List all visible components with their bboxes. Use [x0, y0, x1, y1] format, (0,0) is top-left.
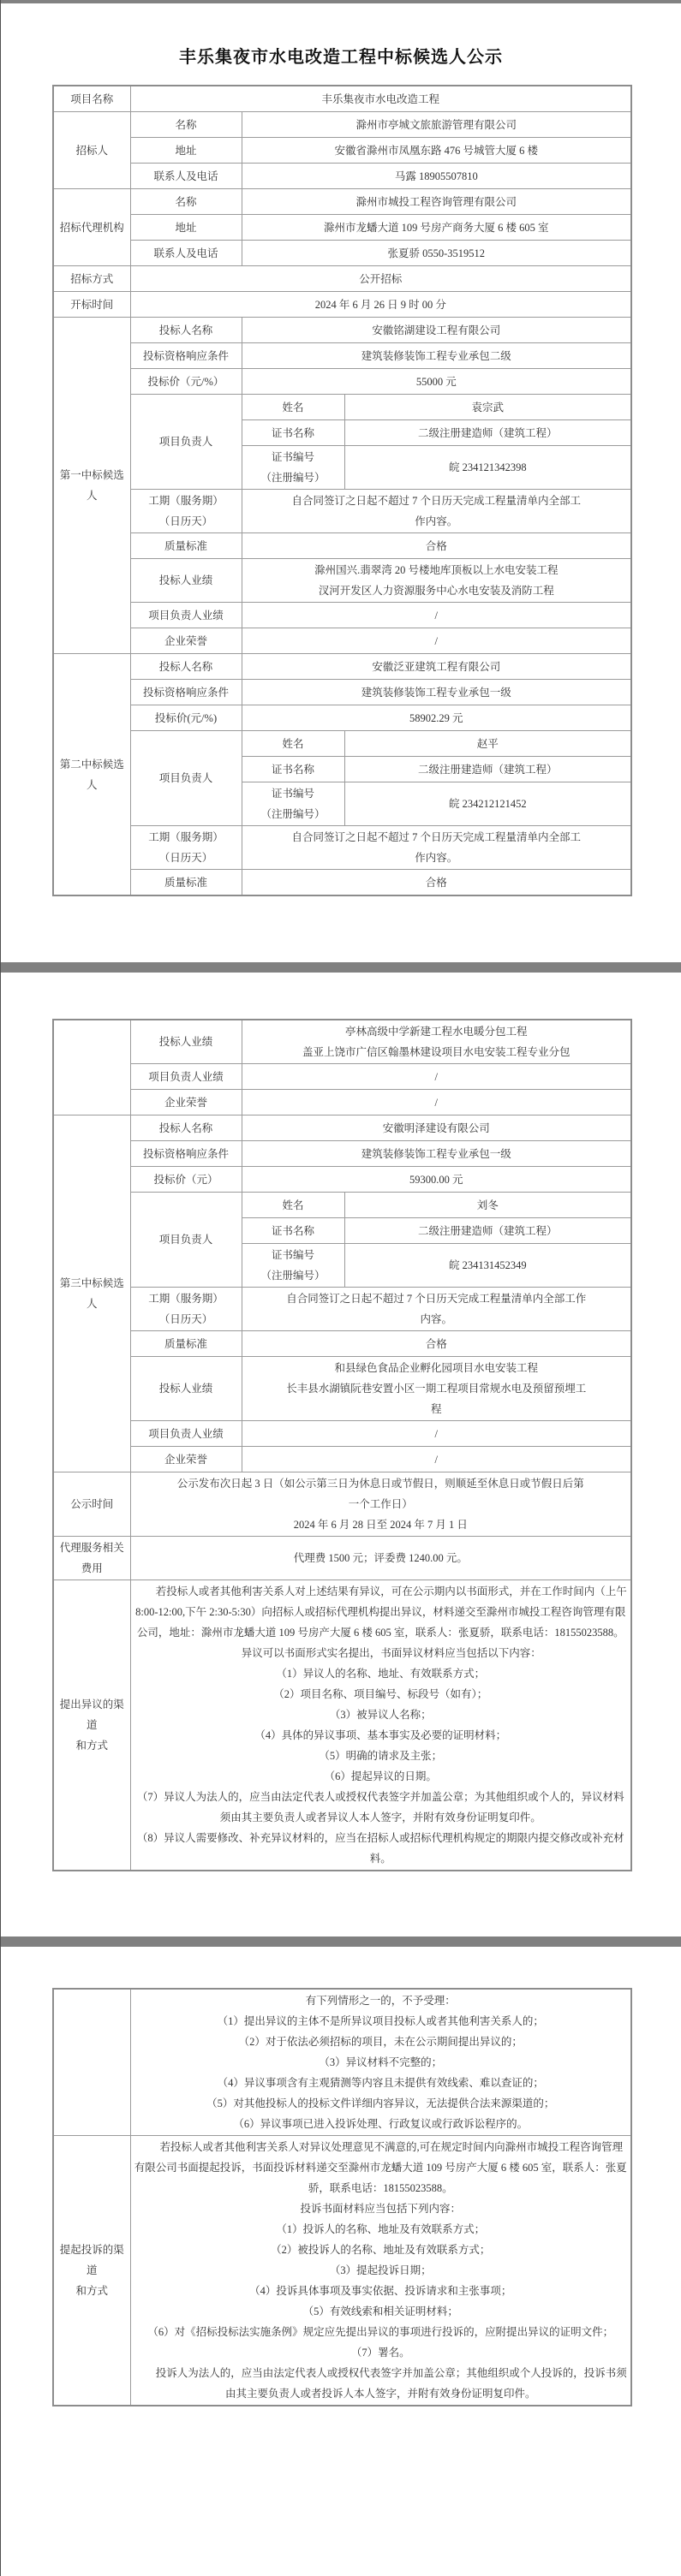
tenderer-name-label: 名称 — [130, 112, 242, 138]
table-row: 投标资格响应条件 建筑装修装饰工程专业承包一级 — [53, 680, 631, 705]
cand2-bidder-value: 安徽泛亚建筑工程有限公司 — [242, 654, 631, 680]
table-row: 项目负责人业绩 / — [53, 1421, 631, 1447]
cand2-perf-label: 投标人业绩 — [130, 1020, 242, 1064]
tenderer-contact-label: 联系人及电话 — [130, 164, 242, 189]
table-row: 开标时间 2024 年 6 月 26 日 9 时 00 分 — [53, 292, 631, 318]
table-row: 工期（服务期） （日历天） 自合同签订之日起不超过 7 个日历天完成工程量清单内… — [53, 1288, 631, 1331]
cand2-label: 第二中标候选人 — [53, 654, 130, 896]
cand3-price-value: 59300.00 元 — [242, 1167, 631, 1193]
table-row: 质量标准 合格 — [53, 533, 631, 559]
cand2-honor-value: / — [242, 1090, 631, 1115]
cand3-label: 第三中标候选人 — [53, 1115, 130, 1472]
table-row: 项目负责人 姓名 刘冬 — [53, 1193, 631, 1218]
table-row: 投标价(元/%) 58902.29 元 — [53, 705, 631, 731]
cand1-qualification-value: 建筑装修装饰工程专业承包二级 — [242, 343, 631, 369]
table-row: 招标人 名称 滁州市亭城文旅旅游管理有限公司 — [53, 112, 631, 138]
objection-continued-label — [53, 1989, 130, 2136]
tenderer-label: 招标人 — [53, 112, 130, 189]
cand3-duration-label: 工期（服务期） （日历天） — [130, 1288, 242, 1331]
cand1-pm-name-value: 袁宗武 — [344, 395, 631, 420]
open-time-label: 开标时间 — [53, 292, 130, 318]
table-row: 投标资格响应条件 建筑装修装饰工程专业承包一级 — [53, 1141, 631, 1167]
table-row: 投标价（元/%） 55000 元 — [53, 369, 631, 395]
cand1-bidder-value: 安徽铭湖建设工程有限公司 — [242, 318, 631, 343]
cand1-label: 第一中标候选人 — [53, 318, 130, 654]
cand2-cert-name-value: 二级注册建造师（建筑工程） — [344, 757, 631, 782]
cand3-pm-perf-label: 项目负责人业绩 — [130, 1421, 242, 1447]
cand3-cert-no-label: 证书编号 （注册编号） — [242, 1244, 344, 1288]
page-1: 丰乐集夜市水电改造工程中标候选人公示 项目名称 丰乐集夜市水电改造工程 招标人 … — [1, 0, 681, 962]
cand1-cert-no-value: 皖 234121342398 — [344, 446, 631, 490]
cand1-cert-name-value: 二级注册建造师（建筑工程） — [344, 420, 631, 446]
page-separator — [1, 1936, 681, 1947]
table-row: 有下列情形之一的，不予受理： （1）提出异议的主体不是所异议项目投标人或者其他利… — [53, 1989, 631, 2136]
cand3-cert-no-value: 皖 234131452349 — [344, 1244, 631, 1288]
cand2-cert-no-label: 证书编号 （注册编号） — [242, 782, 344, 826]
cand2-pm-name-value: 赵平 — [344, 731, 631, 757]
table-row: 提出异议的渠道 和方式 若投标人或者其他利害关系人对上述结果有异议，可在公示期内… — [53, 1580, 631, 1871]
cand1-price-label: 投标价（元/%） — [130, 369, 242, 395]
cand2-pm-name-label: 姓名 — [242, 731, 344, 757]
agency-name-label: 名称 — [130, 189, 242, 215]
page-3: 有下列情形之一的，不予受理： （1）提出异议的主体不是所异议项目投标人或者其他利… — [1, 1947, 681, 2576]
cand1-pm-perf-value: / — [242, 603, 631, 628]
table-row: 公示时间 公示发布次日起 3 日（如公示第三日为休息日或节假日，则顺延至休息日或… — [53, 1472, 631, 1537]
cand1-qualification-label: 投标资格响应条件 — [130, 343, 242, 369]
cand3-qualification-label: 投标资格响应条件 — [130, 1141, 242, 1167]
objection-rejection-text: 有下列情形之一的，不予受理： （1）提出异议的主体不是所异议项目投标人或者其他利… — [130, 1989, 631, 2136]
cand2-price-value: 58902.29 元 — [242, 705, 631, 731]
agency-name-value: 滁州市城投工程咨询管理有限公司 — [242, 189, 631, 215]
table-row: 企业荣誉 / — [53, 1447, 631, 1472]
cand2-pm-perf-label: 项目负责人业绩 — [130, 1064, 242, 1090]
cand3-pm-name-label: 姓名 — [242, 1193, 344, 1218]
table-row: 招标方式 公开招标 — [53, 266, 631, 292]
announcement-table-page2: 投标人业绩 亭林高级中学新建工程水电暖分包工程 盖亚上饶市广信区翰墨林建设项目水… — [52, 1019, 632, 1871]
table-row: 第二中标候选人 投标人名称 安徽泛亚建筑工程有限公司 — [53, 654, 631, 680]
agency-fee-value: 代理费 1500 元；评委费 1240.00 元。 — [130, 1537, 631, 1580]
cand1-pm-label: 项目负责人 — [130, 395, 242, 490]
table-row: 项目负责人 姓名 袁宗武 — [53, 395, 631, 420]
cand3-pm-label: 项目负责人 — [130, 1193, 242, 1288]
cand3-honor-value: / — [242, 1447, 631, 1472]
cand3-cert-name-label: 证书名称 — [242, 1218, 344, 1244]
cand2-pm-label: 项目负责人 — [130, 731, 242, 826]
cand1-price-value: 55000 元 — [242, 369, 631, 395]
tenderer-name-value: 滁州市亭城文旅旅游管理有限公司 — [242, 112, 631, 138]
cand2-price-label: 投标价(元/%) — [130, 705, 242, 731]
table-row: 工期（服务期） （日历天） 自合同签订之日起不超过 7 个日历天完成工程量清单内… — [53, 490, 631, 533]
table-row: 企业荣誉 / — [53, 1090, 631, 1115]
table-row: 企业荣誉 / — [53, 628, 631, 654]
cand3-price-label: 投标价（元） — [130, 1167, 242, 1193]
table-row: 项目负责人 姓名 赵平 — [53, 731, 631, 757]
publicity-time-value: 公示发布次日起 3 日（如公示第三日为休息日或节假日，则顺延至休息日或节假日后第… — [130, 1472, 631, 1537]
cand2-qualification-value: 建筑装修装饰工程专业承包一级 — [242, 680, 631, 705]
agency-address-value: 滁州市龙蟠大道 109 号房产商务大厦 6 楼 605 室 — [242, 215, 631, 241]
document-viewer: 丰乐集夜市水电改造工程中标候选人公示 项目名称 丰乐集夜市水电改造工程 招标人 … — [0, 0, 681, 2576]
table-row: 地址 安徽省滁州市凤凰东路 476 号城管大厦 6 楼 — [53, 138, 631, 164]
table-row: 投标人业绩 滁州国兴.翡翠湾 20 号楼地库顶板以上水电安装工程 汊河开发区人力… — [53, 559, 631, 603]
table-row: 联系人及电话 马露 18905507810 — [53, 164, 631, 189]
agency-address-label: 地址 — [130, 215, 242, 241]
cand2-perf-value: 亭林高级中学新建工程水电暖分包工程 盖亚上饶市广信区翰墨林建设项目水电安装工程专… — [242, 1020, 631, 1064]
cand2-pm-perf-value: / — [242, 1064, 631, 1090]
table-row: 联系人及电话 张夏骄 0550-3519512 — [53, 241, 631, 266]
cand2-continued-label — [53, 1020, 130, 1115]
table-row: 代理服务相关费用 代理费 1500 元；评委费 1240.00 元。 — [53, 1537, 631, 1580]
cand3-honor-label: 企业荣誉 — [130, 1447, 242, 1472]
table-row: 投标资格响应条件 建筑装修装饰工程专业承包二级 — [53, 343, 631, 369]
objection-channel-text: 若投标人或者其他利害关系人对上述结果有异议，可在公示期内以书面形式，并在工作时间… — [130, 1580, 631, 1871]
agency-label: 招标代理机构 — [53, 189, 130, 266]
cand3-pm-perf-value: / — [242, 1421, 631, 1447]
agency-fee-label: 代理服务相关费用 — [53, 1537, 130, 1580]
complaint-channel-label: 提起投诉的渠道 和方式 — [53, 2136, 130, 2406]
cand1-bidder-label: 投标人名称 — [130, 318, 242, 343]
page-title: 丰乐集夜市水电改造工程中标候选人公示 — [1, 43, 681, 68]
cand3-bidder-label: 投标人名称 — [130, 1115, 242, 1141]
cand2-duration-label: 工期（服务期） （日历天） — [130, 826, 242, 870]
table-row: 项目负责人业绩 / — [53, 603, 631, 628]
table-row: 提起投诉的渠道 和方式 若投标人或者其他利害关系人对异议处理意见不满意的,可在规… — [53, 2136, 631, 2406]
agency-contact-label: 联系人及电话 — [130, 241, 242, 266]
cand1-honor-label: 企业荣誉 — [130, 628, 242, 654]
cand1-quality-value: 合格 — [242, 533, 631, 559]
cand2-bidder-label: 投标人名称 — [130, 654, 242, 680]
cand1-pm-name-label: 姓名 — [242, 395, 344, 420]
cand3-qualification-value: 建筑装修装饰工程专业承包一级 — [242, 1141, 631, 1167]
cand2-qualification-label: 投标资格响应条件 — [130, 680, 242, 705]
cand3-cert-name-value: 二级注册建造师（建筑工程） — [344, 1218, 631, 1244]
publicity-time-label: 公示时间 — [53, 1472, 130, 1537]
cand1-honor-value: / — [242, 628, 631, 654]
cand1-perf-value: 滁州国兴.翡翠湾 20 号楼地库顶板以上水电安装工程 汊河开发区人力资源服务中心… — [242, 559, 631, 603]
table-row: 第三中标候选人 投标人名称 安徽明泽建设有限公司 — [53, 1115, 631, 1141]
table-row: 质量标准 合格 — [53, 870, 631, 896]
cand1-cert-name-label: 证书名称 — [242, 420, 344, 446]
cand2-cert-no-value: 皖 234212121452 — [344, 782, 631, 826]
cand3-duration-value: 自合同签订之日起不超过 7 个日历天完成工程量清单内全部工作 内容。 — [242, 1288, 631, 1331]
cand3-pm-name-value: 刘冬 — [344, 1193, 631, 1218]
table-row: 工期（服务期） （日历天） 自合同签订之日起不超过 7 个日历天完成工程量清单内… — [53, 826, 631, 870]
page-2: 投标人业绩 亭林高级中学新建工程水电暖分包工程 盖亚上饶市广信区翰墨林建设项目水… — [1, 973, 681, 1936]
cand2-quality-value: 合格 — [242, 870, 631, 896]
cand2-cert-name-label: 证书名称 — [242, 757, 344, 782]
method-label: 招标方式 — [53, 266, 130, 292]
tenderer-contact-value: 马露 18905507810 — [242, 164, 631, 189]
table-row: 投标价（元） 59300.00 元 — [53, 1167, 631, 1193]
project-name-label: 项目名称 — [53, 86, 130, 112]
table-row: 第一中标候选人 投标人名称 安徽铭湖建设工程有限公司 — [53, 318, 631, 343]
table-row: 项目名称 丰乐集夜市水电改造工程 — [53, 86, 631, 112]
cand1-duration-value: 自合同签订之日起不超过 7 个日历天完成工程量清单内全部工 作内容。 — [242, 490, 631, 533]
cand1-cert-no-label: 证书编号 （注册编号） — [242, 446, 344, 490]
table-row: 投标人业绩 亭林高级中学新建工程水电暖分包工程 盖亚上饶市广信区翰墨林建设项目水… — [53, 1020, 631, 1064]
announcement-table-page1: 项目名称 丰乐集夜市水电改造工程 招标人 名称 滁州市亭城文旅旅游管理有限公司 … — [52, 85, 632, 896]
cand1-perf-label: 投标人业绩 — [130, 559, 242, 603]
method-value: 公开招标 — [130, 266, 631, 292]
table-row: 项目负责人业绩 / — [53, 1064, 631, 1090]
cand3-perf-label: 投标人业绩 — [130, 1357, 242, 1421]
table-row: 投标人业绩 和县绿色食品企业孵化园项目水电安装工程 长丰县水湖镇阮巷安置小区一期… — [53, 1357, 631, 1421]
open-time-value: 2024 年 6 月 26 日 9 时 00 分 — [130, 292, 631, 318]
cand3-quality-value: 合格 — [242, 1331, 631, 1357]
cand3-quality-label: 质量标准 — [130, 1331, 242, 1357]
agency-contact-value: 张夏骄 0550-3519512 — [242, 241, 631, 266]
announcement-table-page3: 有下列情形之一的，不予受理： （1）提出异议的主体不是所异议项目投标人或者其他利… — [52, 1988, 632, 2406]
complaint-channel-text: 若投标人或者其他利害关系人对异议处理意见不满意的,可在规定时间内向滁州市城投工程… — [130, 2136, 631, 2406]
cand2-honor-label: 企业荣誉 — [130, 1090, 242, 1115]
page-separator — [1, 962, 681, 973]
cand2-duration-value: 自合同签订之日起不超过 7 个日历天完成工程量清单内全部工 作内容。 — [242, 826, 631, 870]
table-row: 招标代理机构 名称 滁州市城投工程咨询管理有限公司 — [53, 189, 631, 215]
cand1-duration-label: 工期（服务期） （日历天） — [130, 490, 242, 533]
cand2-quality-label: 质量标准 — [130, 870, 242, 896]
objection-channel-label: 提出异议的渠道 和方式 — [53, 1580, 130, 1871]
table-row: 地址 滁州市龙蟠大道 109 号房产商务大厦 6 楼 605 室 — [53, 215, 631, 241]
cand1-quality-label: 质量标准 — [130, 533, 242, 559]
viewer-top-edge — [1, 0, 681, 3]
table-row: 质量标准 合格 — [53, 1331, 631, 1357]
tenderer-address-value: 安徽省滁州市凤凰东路 476 号城管大厦 6 楼 — [242, 138, 631, 164]
cand1-pm-perf-label: 项目负责人业绩 — [130, 603, 242, 628]
project-name-value: 丰乐集夜市水电改造工程 — [130, 86, 631, 112]
cand3-bidder-value: 安徽明泽建设有限公司 — [242, 1115, 631, 1141]
tenderer-address-label: 地址 — [130, 138, 242, 164]
cand3-perf-value: 和县绿色食品企业孵化园项目水电安装工程 长丰县水湖镇阮巷安置小区一期工程项目常规… — [242, 1357, 631, 1421]
